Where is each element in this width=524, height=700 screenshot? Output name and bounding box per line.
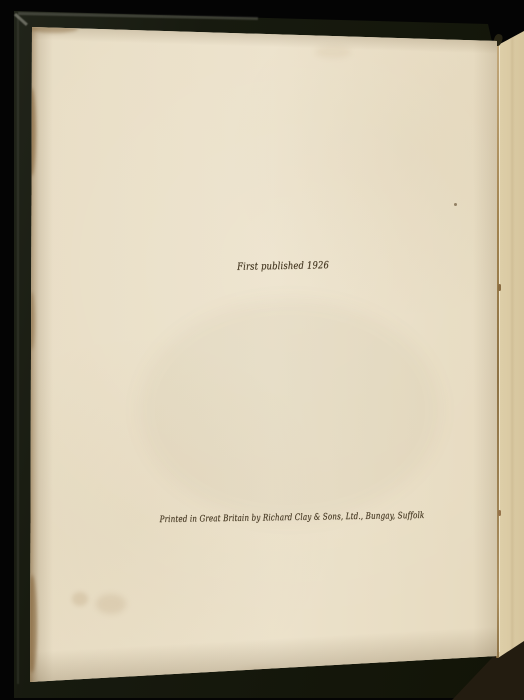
fore-edge-nick xyxy=(498,510,501,516)
photo-backdrop: First published 1926 Printed in Great Br… xyxy=(0,0,524,700)
foxing-blotch xyxy=(315,46,351,58)
foxing-speck xyxy=(454,203,457,206)
publication-line: First published 1926 xyxy=(237,260,329,274)
page-right-shading xyxy=(473,40,497,657)
paper-mottling xyxy=(140,300,440,520)
cover-left-edge-highlight xyxy=(17,16,19,684)
book-page: First published 1926 Printed in Great Br… xyxy=(0,0,524,700)
printer-imprint-line: Printed in Great Britain by Richard Clay… xyxy=(160,511,425,526)
page-edge-glint xyxy=(499,46,500,652)
fore-edge-nick xyxy=(498,284,502,291)
foxing-blotch xyxy=(96,594,126,614)
foxing-blotch xyxy=(72,592,88,606)
